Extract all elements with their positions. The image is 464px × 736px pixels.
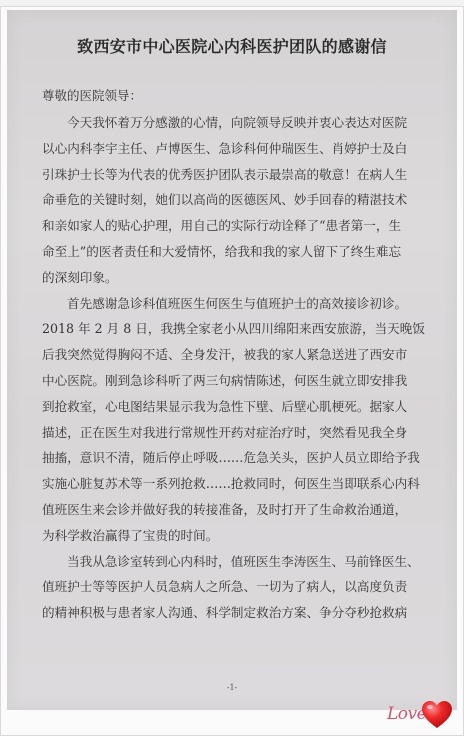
letter-title: 致西安市中心医院心内科医护团队的感谢信 xyxy=(0,34,464,57)
paragraph-3: 当我从急诊室转到心内科时，值班医生李涛医生、马前锋医生、 值班护士等等医护人员急… xyxy=(42,549,432,626)
text-line: 当我从急诊室转到心内科时，值班医生李涛医生、马前锋医生、 xyxy=(42,549,432,575)
text-line: 2018 年 2 月 8 日，我携全家老小从四川绵阳来西安旅游，当天晚饭 xyxy=(42,316,432,342)
text-line: 引珠护士长等为代表的优秀医护团队表示最崇高的敬意！在病人生 xyxy=(42,162,432,188)
text-line: 实施心脏复苏术等一系列抢救……抢救同时，何医生当即联系心内科 xyxy=(42,471,432,497)
text-line: 为科学救治赢得了宝贵的时间。 xyxy=(42,523,432,549)
top-strip xyxy=(0,0,464,7)
text-line: 以心内科李宇主任、卢博医生、急诊科何仲瑞医生、肖婷护士及白 xyxy=(42,136,432,162)
paragraph-1: 今天我怀着万分感激的心情，向院领导反映并衷心表达对医院 以心内科李宇主任、卢博医… xyxy=(42,110,432,291)
text-line: 中心医院。刚到急诊科听了两三句病情陈述，何医生就立即安排我 xyxy=(42,368,432,394)
text-line: 描述，正在医生对我进行常规性开药对症治疗时，突然看见我全身 xyxy=(42,420,432,446)
letter-body: 今天我怀着万分感激的心情，向院领导反映并衷心表达对医院 以心内科李宇主任、卢博医… xyxy=(42,110,432,626)
paragraph-2: 首先感谢急诊科值班医生何医生与值班护士的高效接诊初诊。 2018 年 2 月 8… xyxy=(42,291,432,549)
text-line: 命至上”的医者责任和大爱情怀，给我和我的家人留下了终生难忘 xyxy=(42,239,432,265)
text-line: 值班护士等等医护人员急病人之所急、一切为了病人，以高度负责 xyxy=(42,574,432,600)
salutation: 尊敬的医院领导： xyxy=(42,86,142,104)
page-number: -1- xyxy=(0,683,464,692)
text-line: 命垂危的关键时刻，她们以高尚的医德医风、妙手回春的精湛技术 xyxy=(42,187,432,213)
text-line: 首先感谢急诊科值班医生何医生与值班护士的高效接诊初诊。 xyxy=(42,291,432,317)
text-line: 抽搐，意识不清，随后停止呼吸……危急关头，医护人员立即给予我 xyxy=(42,445,432,471)
text-line: 今天我怀着万分感激的心情，向院领导反映并衷心表达对医院 xyxy=(42,110,432,136)
text-line: 到抢救室，心电图结果显示我为急性下壁、后壁心肌梗死。据家人 xyxy=(42,394,432,420)
heart-icon xyxy=(421,700,453,730)
text-line: 后我突然觉得胸闷不适、全身发汗，被我的家人紧急送进了西安市 xyxy=(42,342,432,368)
text-line: 和亲如家人的贴心护理，用自己的实际行动诠释了“患者第一，生 xyxy=(42,213,432,239)
text-line: 的深刻印象。 xyxy=(42,265,432,291)
text-line: 的精神积极与患者家人沟通、科学制定救治方案、争分夺秒抢救病 xyxy=(42,600,432,626)
text-line: 值班医生来会诊并做好我的转接准备，及时打开了生命救治通道， xyxy=(42,497,432,523)
love-watermark: Love xyxy=(385,700,461,732)
